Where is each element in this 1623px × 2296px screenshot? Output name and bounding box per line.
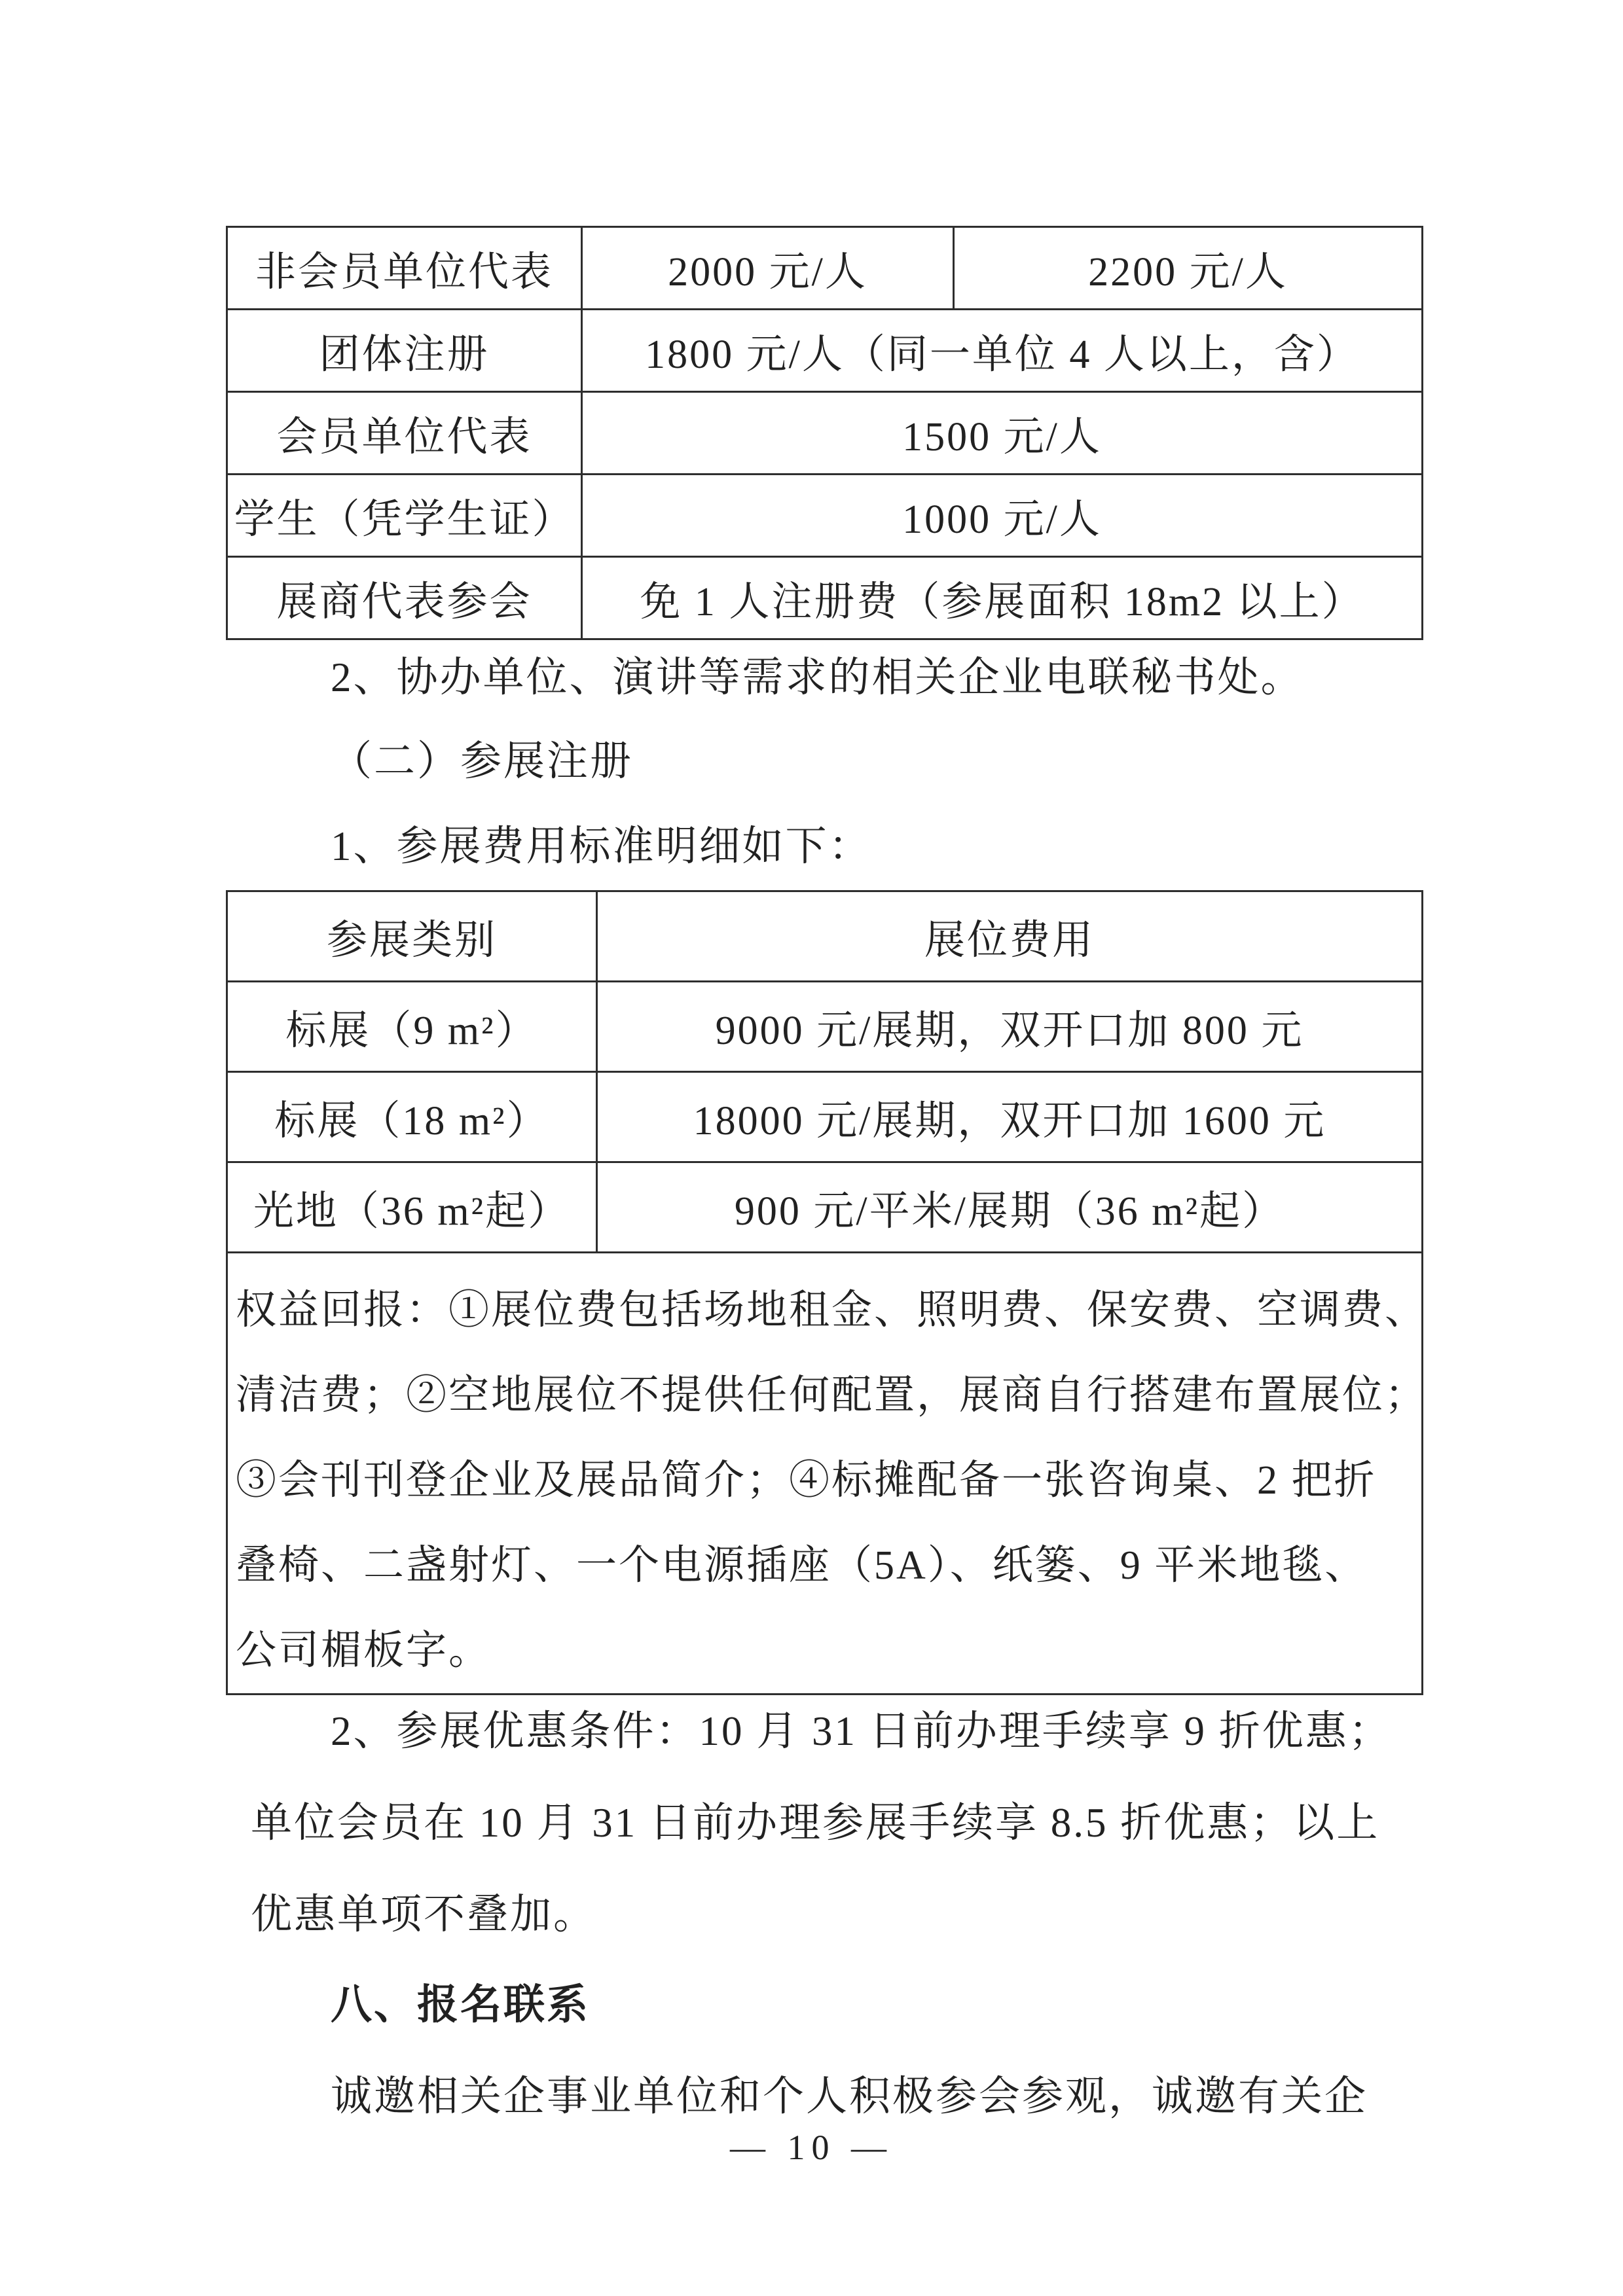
fee-value-cell: 2000 元/人 [582, 227, 954, 310]
table-row: 标展（9 m²） 9000 元/展期，双开口加 800 元 [227, 982, 1423, 1072]
page-number: — 10 — [0, 2127, 1623, 2168]
fee-value-cell: 免 1 人注册费（参展面积 18m2 以上） [582, 557, 1423, 639]
registration-fee-table: 非会员单位代表 2000 元/人 2200 元/人 团体注册 1800 元/人（… [226, 226, 1423, 640]
benefit-line: 公司楣板字。 [236, 1608, 1413, 1693]
fee-value-cell: 1800 元/人（同一单位 4 人以上，含） [582, 310, 1423, 392]
table-row: 标展（18 m²） 18000 元/展期，双开口加 1600 元 [227, 1072, 1423, 1162]
discount-line: 优惠单项不叠加。 [251, 1890, 596, 1939]
table-row: 学生（凭学生证） 1000 元/人 [227, 475, 1423, 557]
table-row: 非会员单位代表 2000 元/人 2200 元/人 [227, 227, 1423, 310]
fee-value-cell: 18000 元/展期，双开口加 1600 元 [597, 1072, 1423, 1162]
fee-value-cell: 9000 元/展期，双开口加 800 元 [597, 982, 1423, 1072]
exhibition-fee-table: 参展类别 展位费用 标展（9 m²） 9000 元/展期，双开口加 800 元 … [226, 890, 1423, 1695]
fee-value-cell: 2200 元/人 [954, 227, 1423, 310]
row-label-cell: 标展（9 m²） [227, 982, 597, 1072]
paragraph-fee-item1: 1、参展费用标准明细如下： [331, 822, 872, 870]
column-header-fee: 展位费用 [597, 891, 1423, 982]
row-label-cell: 非会员单位代表 [227, 227, 582, 310]
table-row: 团体注册 1800 元/人（同一单位 4 人以上，含） [227, 310, 1423, 392]
benefits-cell: 权益回报：①展位费包括场地租金、照明费、保安费、空调费、 清洁费；②空地展位不提… [227, 1253, 1423, 1695]
benefits-row: 权益回报：①展位费包括场地租金、照明费、保安费、空调费、 清洁费；②空地展位不提… [227, 1253, 1423, 1695]
table-row: 光地（36 m²起） 900 元/平米/展期（36 m²起） [227, 1162, 1423, 1253]
table-row: 展商代表参会 免 1 人注册费（参展面积 18m2 以上） [227, 557, 1423, 639]
fee-value-cell: 1000 元/人 [582, 475, 1423, 557]
table-row: 会员单位代表 1500 元/人 [227, 392, 1423, 475]
row-label-cell: 标展（18 m²） [227, 1072, 597, 1162]
row-label-cell: 展商代表参会 [227, 557, 582, 639]
table-header-row: 参展类别 展位费用 [227, 891, 1423, 982]
fee-value-cell: 1500 元/人 [582, 392, 1423, 475]
benefit-line: 叠椅、二盏射灯、一个电源插座（5A）、纸篓、9 平米地毯、 [236, 1523, 1413, 1608]
row-label-cell: 学生（凭学生证） [227, 475, 582, 557]
discount-line: 单位会员在 10 月 31 日前办理参展手续享 8.5 折优惠；以上 [251, 1799, 1379, 1847]
document-page: 非会员单位代表 2000 元/人 2200 元/人 团体注册 1800 元/人（… [0, 0, 1623, 2296]
row-label-cell: 光地（36 m²起） [227, 1162, 597, 1253]
fee-value-cell: 900 元/平米/展期（36 m²起） [597, 1162, 1423, 1253]
row-label-cell: 团体注册 [227, 310, 582, 392]
benefit-line: 清洁费；②空地展位不提供任何配置，展商自行搭建布置展位； [236, 1353, 1413, 1438]
benefit-line: ③会刊刊登企业及展品简介；④标摊配备一张咨询桌、2 把折 [236, 1438, 1413, 1523]
column-header-category: 参展类别 [227, 891, 597, 982]
benefit-line: 权益回报：①展位费包括场地租金、照明费、保安费、空调费、 [236, 1268, 1413, 1353]
section-heading: （二）参展注册 [331, 737, 633, 785]
discount-line: 2、参展优惠条件：10 月 31 日前办理手续享 9 折优惠； [331, 1707, 1392, 1755]
invite-paragraph-line: 诚邀相关企事业单位和个人积极参会参观，诚邀有关企 [331, 2072, 1368, 2121]
row-label-cell: 会员单位代表 [227, 392, 582, 475]
contact-section-heading: 八、报名联系 [331, 1981, 590, 2029]
paragraph-note-item2: 2、协办单位、演讲等需求的相关企业电联秘书处。 [331, 653, 1304, 702]
